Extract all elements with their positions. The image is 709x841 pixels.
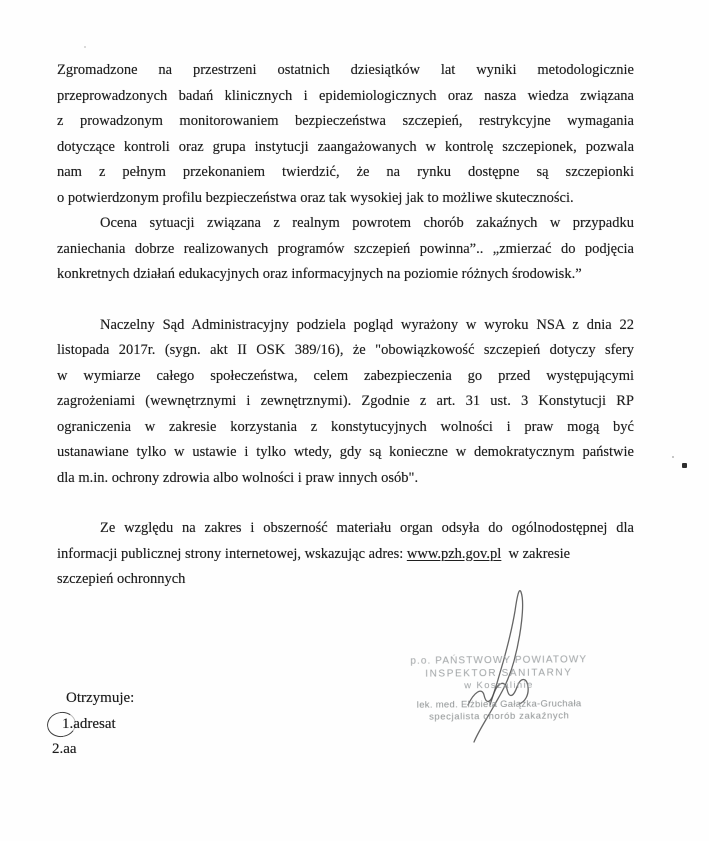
recipients-label: Otrzymuje: [66,690,134,707]
stamp-title-line: p.o. PAŃSTWOWY POWIATOWY [408,654,590,668]
recipient-item-aa: 2.aa [52,741,77,758]
hand-drawn-circle [45,710,78,740]
official-stamp: p.o. PAŃSTWOWY POWIATOWY INSPEKTOR SANIT… [408,654,591,724]
text-line: przeprowadzonych badań klinicznych i epi… [57,84,634,110]
stamp-title-line: INSPEKTOR SANITARNY [408,667,590,681]
pzh-website-link[interactable]: www.pzh.gov.pl [407,546,501,562]
text-line: szczepień ochronnych [57,567,634,593]
text-line: ustanawiane tylko w ustawie i tylko wted… [57,440,634,466]
text-line: zaniechania dobrze realizowanych program… [57,237,634,263]
text-line: o potwierdzonym profilu bezpieczeństwa o… [57,186,634,212]
text-line: Naczelny Sąd Administracyjny podziela po… [57,313,634,339]
stamp-city-line: w Koszalinie [408,679,590,693]
text-span: w zakresie [501,546,570,562]
text-line: dla m.in. ochrony zdrowia albo wolności … [57,466,634,492]
text-line: w wymiarze całego społeczeństwa, celem z… [57,364,634,390]
text-line: zagrożeniami (wewnętrznymi i zewnętrznym… [57,389,634,415]
text-line: nam z pełnym przekonaniem twierdzić, że … [57,160,634,186]
text-line: listopada 2017r. (sygn. akt II OSK 389/1… [57,338,634,364]
text-line: ograniczenia w zakresie korzystania z ko… [57,415,634,441]
paragraph-vaccine-safety: Zgromadzone na przestrzeni ostatnich dzi… [57,58,634,211]
text-line: dotyczące kontroli oraz grupa instytucji… [57,135,634,161]
stamp-specialty-line: specjalista chorób zakaźnych [408,710,590,724]
paragraph-website-reference: Ze względu na zakres i obszerność materi… [57,516,634,593]
text-line: Zgromadzone na przestrzeni ostatnich dzi… [57,58,634,84]
document-body: Zgromadzone na przestrzeni ostatnich dzi… [57,58,634,593]
text-line: konkretnych działań edukacyjnych oraz in… [57,262,634,288]
text-line: informacji publicznej strony internetowe… [57,542,634,568]
paragraph-situation-assessment: Ocena sytuacji związana z realnym powrot… [57,211,634,288]
scanned-document-page: Zgromadzone na przestrzeni ostatnich dzi… [0,0,709,841]
scan-artifact-dot [682,463,687,468]
scan-artifact-speck [84,46,86,48]
paragraph-nsa-ruling: Naczelny Sąd Administracyjny podziela po… [57,313,634,492]
text-line: Ocena sytuacji związana z realnym powrot… [57,211,634,237]
text-line: Ze względu na zakres i obszerność materi… [57,516,634,542]
scan-artifact-speck [672,456,674,458]
text-line: z prowadzonym monitorowaniem bezpieczeńs… [57,109,634,135]
text-span: informacji publicznej strony internetowe… [57,546,407,562]
